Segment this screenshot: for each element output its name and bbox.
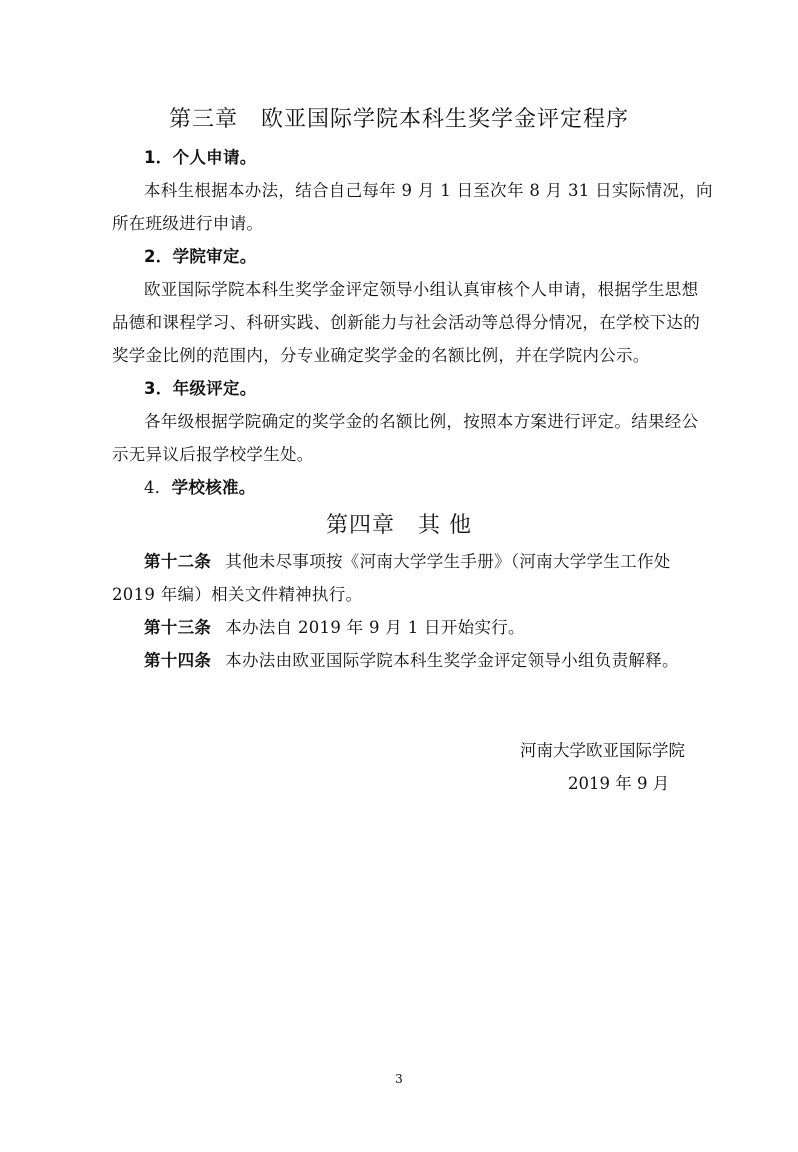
- section-1-heading: 1．个人申请。: [144, 144, 257, 168]
- signature-date: 2019 年 9 月: [568, 770, 669, 794]
- section-3-line-2: 示无异议后报学校学生处。: [112, 441, 314, 465]
- article-14-text: 本办法由欧亚国际学院本科生奖学金评定领导小组负责解释。: [225, 651, 679, 670]
- article-13-label: 第十三条: [144, 618, 211, 637]
- section-3-line-1: 各年级根据学院确定的奖学金的名额比例，按照本方案进行评定。结果经公: [144, 408, 698, 432]
- article-14-label: 第十四条: [144, 651, 211, 670]
- section-3-heading: 3．年级评定。: [144, 375, 257, 399]
- section-2-line-3: 奖学金比例的范围内，分专业确定奖学金的名额比例，并在学院内公示。: [112, 342, 650, 366]
- article-12-line-2: 2019 年编）相关文件精神执行。: [112, 581, 362, 605]
- article-13: 第十三条本办法自 2019 年 9 月 1 日开始实行。: [144, 614, 525, 638]
- article-12: 第十二条其他未尽事项按《河南大学学生手册》（河南大学学生工作处: [144, 548, 671, 572]
- section-4-title: 学校核准。: [172, 478, 256, 497]
- article-12-line-1: 其他未尽事项按《河南大学学生手册》（河南大学学生工作处: [225, 552, 670, 571]
- document-page: 第三章 欧亚国际学院本科生奖学金评定程序 1．个人申请。 本科生根据本办法，结合…: [0, 0, 798, 1152]
- section-2-line-2: 品德和课程学习、科研实践、创新能力与社会活动等总得分情况，在学校下达的: [112, 309, 700, 333]
- page-number: 3: [0, 1072, 798, 1086]
- section-4-heading: 4．学校核准。: [144, 474, 256, 498]
- chapter-4-title: 第四章 其 他: [0, 508, 798, 539]
- section-4-number: 4．: [144, 478, 172, 497]
- signature-organization: 河南大学欧亚国际学院: [520, 737, 685, 761]
- section-1-line-2: 所在班级进行申请。: [112, 210, 263, 234]
- chapter-3-title: 第三章 欧亚国际学院本科生奖学金评定程序: [0, 102, 798, 133]
- article-12-label: 第十二条: [144, 552, 211, 571]
- section-2-heading: 2．学院审定。: [144, 243, 257, 267]
- article-14: 第十四条本办法由欧亚国际学院本科生奖学金评定领导小组负责解释。: [144, 647, 679, 671]
- section-2-line-1: 欧亚国际学院本科生奖学金评定领导小组认真审核个人申请，根据学生思想: [144, 276, 698, 300]
- section-1-line-1: 本科生根据本办法，结合自己每年 9 月 1 日至次年 8 月 31 日实际情况，…: [144, 177, 713, 201]
- article-13-text: 本办法自 2019 年 9 月 1 日开始实行。: [225, 618, 525, 637]
